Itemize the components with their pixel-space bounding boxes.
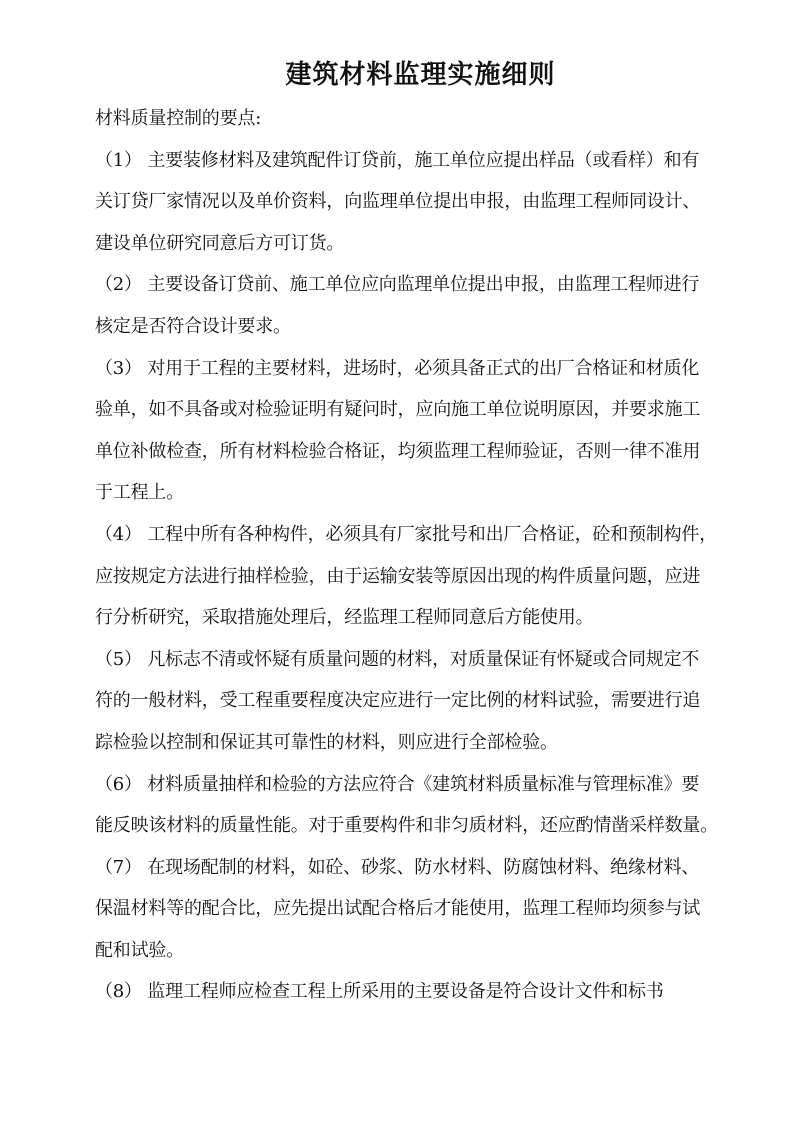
text-line: 应按规定方法进行抽样检验，由于运输安装等原因出现的构件质量问题，应进	[95, 556, 755, 598]
text-line: （1） 主要装修材料及建筑配件订贷前，施工单位应提出样品（或看样）和有	[95, 140, 755, 182]
paragraph-4: （4） 工程中所有各种构件，必须具有厂家批号和出厂合格证，砼和预制构件，应按规定…	[95, 514, 755, 639]
paragraph-5: （5） 凡标志不清或怀疑有质量问题的材料，对质量保证有怀疑或合同规定不符的一般材…	[95, 639, 755, 764]
text-line: 建设单位研究同意后方可订货。	[95, 223, 755, 265]
paragraph-3: （3） 对用于工程的主要材料，进场时，必须具备正式的出厂合格证和材质化验单，如不…	[95, 348, 755, 514]
text-line: 行分析研究，采取措施处理后，经监理工程师同意后方能使用。	[95, 597, 755, 639]
text-line: （2） 主要设备订贷前、施工单位应向监理单位提出申报，由监理工程师进行	[95, 264, 755, 306]
text-line: 踪检验以控制和保证其可靠性的材料，则应进行全部检验。	[95, 722, 755, 764]
text-line: （7） 在现场配制的材料，如砼、砂浆、防水材料、防腐蚀材料、绝缘材料、	[95, 847, 755, 889]
text-line: 能反映该材料的质量性能。对于重要构件和非匀质材料，还应酌情凿采样数量。	[95, 805, 755, 847]
text-line: （8） 监理工程师应检查工程上所采用的主要设备是符合设计文件和标书	[95, 971, 755, 1013]
text-line: 符的一般材料，受工程重要程度决定应进行一定比例的材料试验，需要进行追	[95, 680, 755, 722]
paragraph-8: （8） 监理工程师应检查工程上所采用的主要设备是符合设计文件和标书	[95, 971, 755, 1013]
text-line: 单位补做检查，所有材料检验合格证，均须监理工程师验证，否则一律不准用	[95, 431, 755, 473]
document-title: 建筑材料监理实施细则	[24, 54, 793, 96]
text-line: 于工程上。	[95, 472, 755, 514]
text-line: （6） 材料质量抽样和检验的方法应符合《建筑材料质量标准与管理标准》要	[95, 764, 755, 806]
paragraph-7: （7） 在现场配制的材料，如砼、砂浆、防水材料、防腐蚀材料、绝缘材料、保温材料等…	[95, 847, 755, 972]
text-line: 验单，如不具备或对检验证明有疑问时，应向施工单位说明原因，并要求施工	[95, 389, 755, 431]
text-line: （3） 对用于工程的主要材料，进场时，必须具备正式的出厂合格证和材质化	[95, 348, 755, 390]
paragraph-6: （6） 材料质量抽样和检验的方法应符合《建筑材料质量标准与管理标准》要能反映该材…	[95, 764, 755, 847]
text-line: 核定是否符合设计要求。	[95, 306, 755, 348]
paragraph-2: （2） 主要设备订贷前、施工单位应向监理单位提出申报，由监理工程师进行核定是否符…	[95, 264, 755, 347]
text-line: 关订贷厂家情况以及单价资料，向监理单位提出申报，由监理工程师同设计、	[95, 181, 755, 223]
text-line: （5） 凡标志不清或怀疑有质量问题的材料，对质量保证有怀疑或合同规定不	[95, 639, 755, 681]
text-line: 配和试验。	[95, 930, 755, 972]
document-body: 材料质量控制的要点: （1） 主要装修材料及建筑配件订贷前，施工单位应提出样品（…	[95, 98, 755, 1013]
text-line: 保温材料等的配合比，应先提出试配合格后才能使用，监理工程师均须参与试	[95, 888, 755, 930]
paragraphs-container: （1） 主要装修材料及建筑配件订贷前，施工单位应提出样品（或看样）和有关订贷厂家…	[95, 140, 755, 1013]
document-page: 建筑材料监理实施细则 材料质量控制的要点: （1） 主要装修材料及建筑配件订贷前…	[0, 0, 793, 1122]
text-line: （4） 工程中所有各种构件，必须具有厂家批号和出厂合格证，砼和预制构件，	[95, 514, 755, 556]
intro-line: 材料质量控制的要点:	[95, 98, 755, 140]
paragraph-1: （1） 主要装修材料及建筑配件订贷前，施工单位应提出样品（或看样）和有关订贷厂家…	[95, 140, 755, 265]
